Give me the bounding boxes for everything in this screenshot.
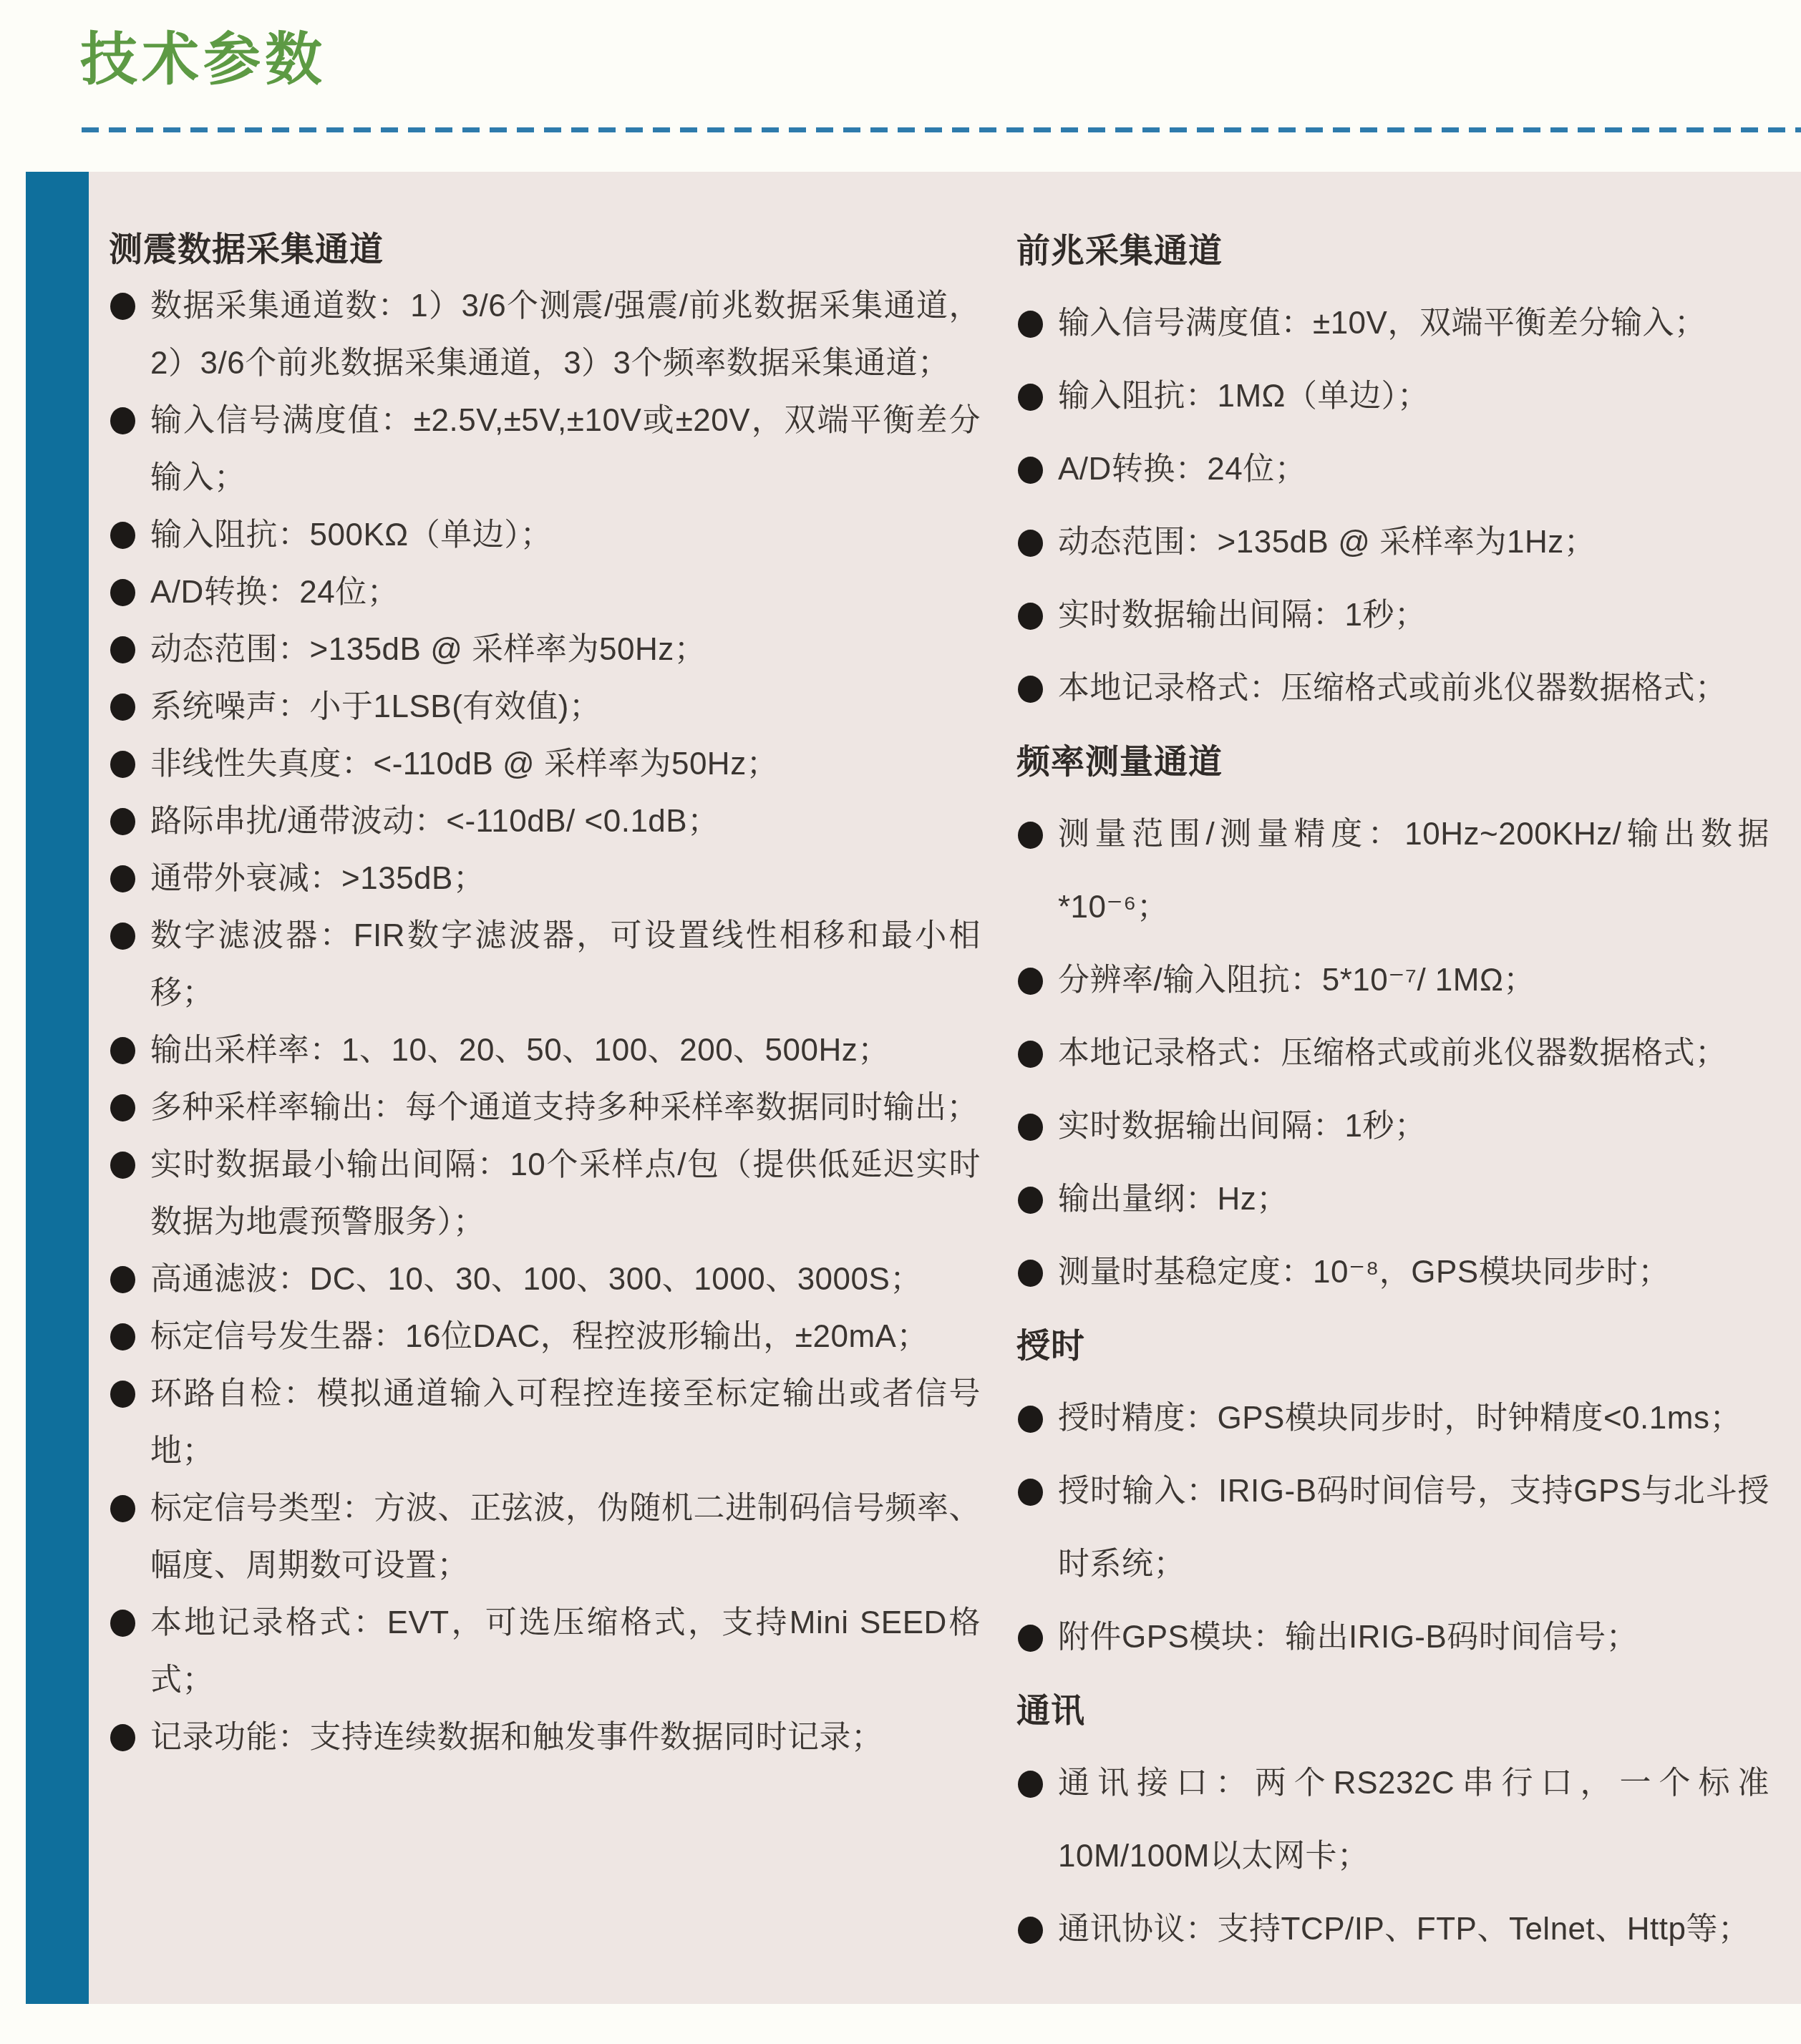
spec-text: 环路自检：模拟通道输入可程控连接至标定输出或者信号地； <box>150 1376 981 1469</box>
spec-item: 附件GPS模块：输出IRIG-B码时间信号； <box>1016 1601 1770 1674</box>
specs-panel: 测震数据采集通道数据采集通道数：1）3/6个测震/强震/前兆数据采集通道，2）3… <box>26 172 1801 2004</box>
spec-item: 通带外衰减：>135dB； <box>109 850 981 907</box>
spec-item: A/D转换：24位； <box>1016 433 1770 506</box>
spec-text: 实时数据输出间隔：1秒； <box>1058 1109 1426 1144</box>
spec-text: 授时输入：IRIG-B码时间信号，支持GPS与北斗授时系统； <box>1058 1474 1770 1582</box>
spec-item: 输出采样率：1、10、20、50、100、200、500Hz； <box>109 1022 981 1079</box>
spec-item: 实时数据最小输出间隔：10个采样点/包（提供低延迟实时数据为地震预警服务）； <box>109 1137 981 1251</box>
spec-item: 记录功能：支持连续数据和触发事件数据同时记录； <box>109 1709 981 1766</box>
accent-sidebar <box>26 172 89 2004</box>
spec-text: 通带外衰减：>135dB； <box>150 861 485 896</box>
section-header: 通讯 <box>1016 1674 1770 1747</box>
spec-item: 动态范围：>135dB @ 采样率为50Hz； <box>109 621 981 678</box>
bullet-icon <box>110 693 135 721</box>
spec-item: 分辨率/输入阻抗：5*10⁻⁷/ 1MΩ； <box>1016 944 1770 1017</box>
bullet-icon <box>110 636 135 663</box>
spec-item: 授时精度：GPS模块同步时，时钟精度<0.1ms； <box>1016 1382 1770 1455</box>
spec-text: 分辨率/输入阻抗：5*10⁻⁷/ 1MΩ； <box>1058 963 1535 998</box>
bullet-icon <box>110 407 135 434</box>
datasheet-page: 技术参数 测震数据采集通道数据采集通道数：1）3/6个测震/强震/前兆数据采集通… <box>0 0 1801 2044</box>
bullet-icon <box>110 1610 135 1637</box>
spec-text: 动态范围：>135dB @ 采样率为50Hz； <box>150 632 706 667</box>
spec-text: 本地记录格式：压缩格式或前兆仪器数据格式； <box>1058 1036 1727 1071</box>
spec-item: 授时输入：IRIG-B码时间信号，支持GPS与北斗授时系统； <box>1016 1455 1770 1601</box>
spec-item: A/D转换：24位； <box>109 564 981 621</box>
spec-item: 输入阻抗：500KΩ（单边）； <box>109 507 981 564</box>
bullet-icon <box>1018 1771 1043 1798</box>
spec-text: 输出采样率：1、10、20、50、100、200、500Hz； <box>150 1033 890 1068</box>
section-header: 授时 <box>1016 1309 1770 1382</box>
bullet-icon <box>1018 968 1043 995</box>
section-header: 前兆采集通道 <box>1016 214 1770 287</box>
bullet-icon <box>110 751 135 778</box>
spec-item: 通讯协议：支持TCP/IP、FTP、Telnet、Http等； <box>1016 1893 1770 1966</box>
section-header: 频率测量通道 <box>1016 725 1770 798</box>
bullet-icon <box>1018 603 1043 630</box>
spec-item: 输入阻抗：1MΩ（单边）； <box>1016 360 1770 433</box>
spec-text: 通讯协议：支持TCP/IP、FTP、Telnet、Http等； <box>1058 1912 1750 1947</box>
spec-text: 数据采集通道数：1）3/6个测震/强震/前兆数据采集通道，2）3/6个前兆数据采… <box>150 288 981 381</box>
spec-text: A/D转换：24位； <box>1058 452 1306 487</box>
bullet-icon <box>1018 457 1043 484</box>
bullet-icon <box>1018 1041 1043 1068</box>
bullet-icon <box>110 1266 135 1293</box>
spec-text: 高通滤波：DC、10、30、100、300、1000、3000S； <box>150 1262 922 1297</box>
bullet-icon <box>1018 384 1043 411</box>
bullet-icon <box>1018 1187 1043 1214</box>
spec-text: 系统噪声：小于1LSB(有效值)； <box>150 689 601 724</box>
bullet-icon <box>110 1495 135 1522</box>
section-header: 测震数据采集通道 <box>109 220 981 278</box>
bullet-icon <box>1018 1406 1043 1433</box>
bullet-icon <box>110 1037 135 1064</box>
bullet-icon <box>110 1323 135 1350</box>
spec-item: 标定信号类型：方波、正弦波，伪随机二进制码信号频率、幅度、周期数可设置； <box>109 1480 981 1595</box>
spec-text: 记录功能：支持连续数据和触发事件数据同时记录； <box>150 1720 883 1755</box>
bullet-icon <box>110 923 135 950</box>
spec-item: 数字滤波器：FIR数字滤波器，可设置线性相移和最小相移； <box>109 907 981 1022</box>
bullet-icon <box>110 1381 135 1408</box>
spec-text: 实时数据最小输出间隔：10个采样点/包（提供低延迟实时数据为地震预警服务）； <box>150 1147 981 1240</box>
spec-item: 实时数据输出间隔：1秒； <box>1016 1090 1770 1163</box>
spec-text: 本地记录格式：压缩格式或前兆仪器数据格式； <box>1058 671 1727 706</box>
spec-text: 实时数据输出间隔：1秒； <box>1058 598 1426 633</box>
spec-text: 数字滤波器：FIR数字滤波器，可设置线性相移和最小相移； <box>150 918 981 1011</box>
spec-item: 多种采样率输出：每个通道支持多种采样率数据同时输出； <box>109 1079 981 1137</box>
spec-item: 通讯接口：两个RS232C串行口，一个标准10M/100M以太网卡； <box>1016 1747 1770 1893</box>
spec-text: 通讯接口：两个RS232C串行口，一个标准10M/100M以太网卡； <box>1058 1766 1770 1874</box>
spec-text: 授时精度：GPS模块同步时，时钟精度<0.1ms； <box>1058 1401 1742 1436</box>
spec-item: 高通滤波：DC、10、30、100、300、1000、3000S； <box>109 1251 981 1308</box>
spec-text: 输入阻抗：1MΩ（单边）； <box>1058 379 1429 414</box>
spec-text: 输出量纲：Hz； <box>1058 1182 1288 1217</box>
bullet-icon <box>110 808 135 835</box>
bullet-icon <box>1018 1114 1043 1141</box>
spec-text: 多种采样率输出：每个通道支持多种采样率数据同时输出； <box>150 1090 979 1125</box>
spec-text: 标定信号发生器：16位DAC，程控波形输出，±20mA； <box>150 1319 928 1354</box>
spec-text: 标定信号类型：方波、正弦波，伪随机二进制码信号频率、幅度、周期数可设置； <box>150 1491 981 1583</box>
spec-text: 本地记录格式：EVT，可选压缩格式，支持Mini SEED格式； <box>150 1605 981 1698</box>
spec-item: 环路自检：模拟通道输入可程控连接至标定输出或者信号地； <box>109 1366 981 1480</box>
spec-text: 输入阻抗：500KΩ（单边）； <box>150 517 552 553</box>
spec-text: 输入信号满度值：±2.5V,±5V,±10V或±20V，双端平衡差分输入； <box>150 403 981 495</box>
spec-item: 测量范围/测量精度：10Hz~200KHz/输出数据*10⁻⁶； <box>1016 798 1770 944</box>
bullet-icon <box>1018 676 1043 703</box>
spec-text: 非线性失真度：<-110dB @ 采样率为50Hz； <box>150 746 778 782</box>
bullet-icon <box>1018 1479 1043 1506</box>
spec-item: 系统噪声：小于1LSB(有效值)； <box>109 678 981 736</box>
spec-item: 标定信号发生器：16位DAC，程控波形输出，±20mA； <box>109 1308 981 1366</box>
spec-text: 测量时基稳定度：10⁻⁸，GPS模块同步时； <box>1058 1255 1670 1290</box>
spec-text: 输入信号满度值：±10V，双端平衡差分输入； <box>1058 306 1706 341</box>
bullet-icon <box>110 522 135 549</box>
bullet-icon <box>110 1152 135 1179</box>
spec-text: 动态范围：>135dB @ 采样率为1Hz； <box>1058 525 1596 560</box>
bullet-icon <box>1018 530 1043 557</box>
spec-item: 输入信号满度值：±10V，双端平衡差分输入； <box>1016 287 1770 360</box>
spec-column-left: 测震数据采集通道数据采集通道数：1）3/6个测震/强震/前兆数据采集通道，2）3… <box>109 220 981 1766</box>
bullet-icon <box>110 1094 135 1121</box>
spec-item: 非线性失真度：<-110dB @ 采样率为50Hz； <box>109 736 981 793</box>
bullet-icon <box>110 865 135 892</box>
spec-text: 路际串扰/通带波动：<-110dB/ <0.1dB； <box>150 804 719 839</box>
spec-item: 本地记录格式：EVT，可选压缩格式，支持Mini SEED格式； <box>109 1595 981 1709</box>
bullet-icon <box>1018 311 1043 338</box>
spec-item: 路际串扰/通带波动：<-110dB/ <0.1dB； <box>109 793 981 850</box>
spec-item: 数据采集通道数：1）3/6个测震/强震/前兆数据采集通道，2）3/6个前兆数据采… <box>109 278 981 392</box>
spec-text: 附件GPS模块：输出IRIG-B码时间信号； <box>1058 1620 1638 1655</box>
spec-item: 实时数据输出间隔：1秒； <box>1016 579 1770 652</box>
bullet-icon <box>1018 1917 1043 1944</box>
bullet-icon <box>1018 1625 1043 1652</box>
spec-text: A/D转换：24位； <box>150 575 399 610</box>
bullet-icon <box>110 293 135 320</box>
spec-item: 输入信号满度值：±2.5V,±5V,±10V或±20V，双端平衡差分输入； <box>109 392 981 507</box>
spec-item: 测量时基稳定度：10⁻⁸，GPS模块同步时； <box>1016 1236 1770 1309</box>
spec-item: 动态范围：>135dB @ 采样率为1Hz； <box>1016 506 1770 579</box>
bullet-icon <box>1018 1260 1043 1287</box>
page-title: 技术参数 <box>80 13 326 95</box>
spec-column-right: 前兆采集通道输入信号满度值：±10V，双端平衡差分输入；输入阻抗：1MΩ（单边）… <box>1016 214 1770 1966</box>
bullet-icon <box>110 1724 135 1751</box>
spec-item: 本地记录格式：压缩格式或前兆仪器数据格式； <box>1016 652 1770 725</box>
dashed-divider <box>82 127 1801 132</box>
bullet-icon <box>1018 822 1043 849</box>
spec-item: 输出量纲：Hz； <box>1016 1163 1770 1236</box>
spec-text: 测量范围/测量精度：10Hz~200KHz/输出数据*10⁻⁶； <box>1058 817 1770 925</box>
bullet-icon <box>110 579 135 606</box>
spec-item: 本地记录格式：压缩格式或前兆仪器数据格式； <box>1016 1017 1770 1090</box>
